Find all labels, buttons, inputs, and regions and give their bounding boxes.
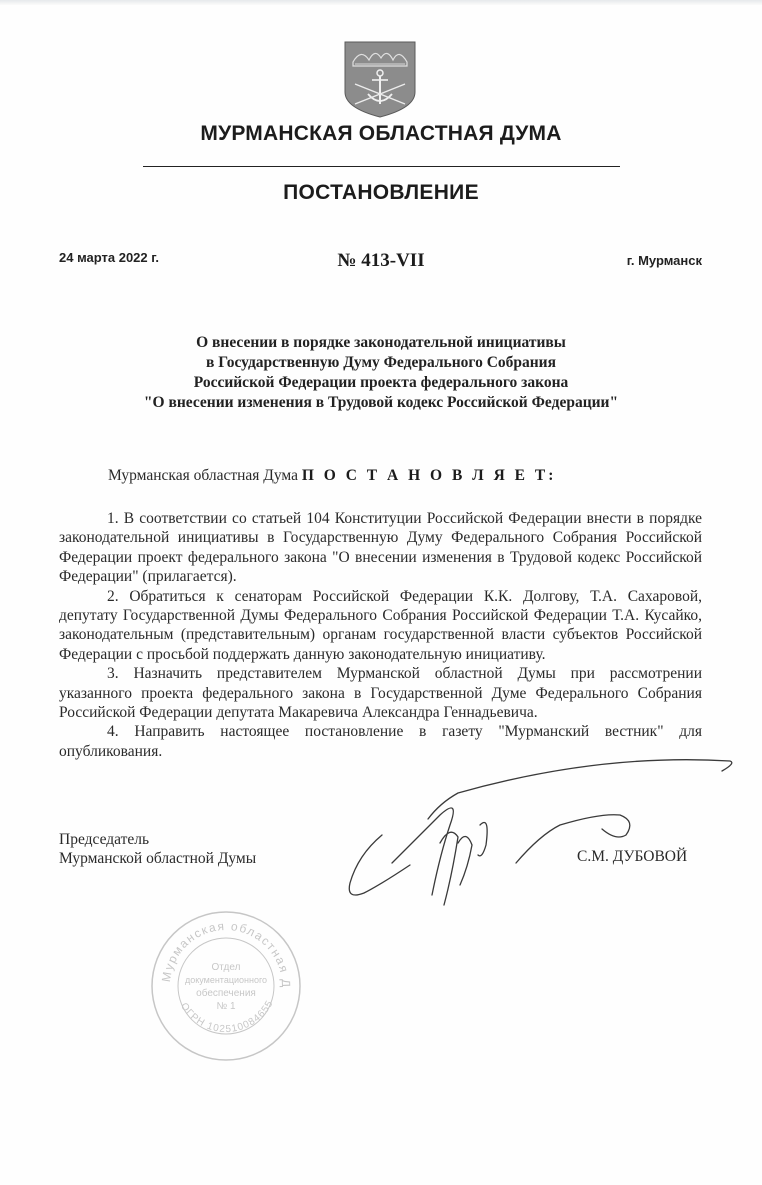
position-line: Мурманской областной Думы <box>59 849 256 868</box>
clause-2: 2. Обратиться к сенаторам Российской Фед… <box>59 587 702 665</box>
subject-line: О внесении в порядке законодательной ини… <box>0 333 762 353</box>
official-stamp-icon: Мурманская областная Дума ОГРН 102510084… <box>148 908 304 1064</box>
stamp-center-line: Отдел <box>212 962 241 973</box>
preamble-verb: П О С Т А Н О В Л Я Е Т: <box>302 467 557 484</box>
subject-line: Российской Федерации проекта федеральног… <box>0 373 762 393</box>
subject-line: "О внесении изменения в Трудовой кодекс … <box>0 393 762 413</box>
scan-edge <box>0 0 762 5</box>
clauses: 1. В соответствии со статьей 104 Констит… <box>59 509 702 761</box>
clause-4: 4. Направить настоящее постановление в г… <box>59 722 702 761</box>
stamp-center-line: № 1 <box>216 1001 236 1012</box>
document-page: МУРМАНСКАЯ ОБЛАСТНАЯ ДУМА ПОСТАНОВЛЕНИЕ … <box>0 0 762 1185</box>
signatory-position: Председатель Мурманской областной Думы <box>59 830 256 868</box>
document-city: г. Мурманск <box>627 253 702 268</box>
handwritten-signature-icon <box>340 755 740 925</box>
document-subject: О внесении в порядке законодательной ини… <box>0 333 762 413</box>
subject-line: в Государственную Думу Федерального Собр… <box>0 353 762 373</box>
signatory-name: С.М. ДУБОВОЙ <box>577 848 687 866</box>
position-line: Председатель <box>59 830 256 849</box>
coat-of-arms-icon <box>341 40 419 118</box>
clause-1: 1. В соответствии со статьей 104 Констит… <box>59 509 702 587</box>
preamble: Мурманская областная Дума П О С Т А Н О … <box>108 467 556 485</box>
header-divider <box>143 166 620 167</box>
stamp-center-line: обеспечения <box>196 987 256 999</box>
organization-title: МУРМАНСКАЯ ОБЛАСТНАЯ ДУМА <box>0 122 762 146</box>
clause-3: 3. Назначить представителем Мурманской о… <box>59 664 702 722</box>
document-type: ПОСТАНОВЛЕНИЕ <box>0 181 762 205</box>
stamp-center-line: документационного <box>185 975 267 985</box>
preamble-text: Мурманская областная Дума <box>108 467 302 484</box>
